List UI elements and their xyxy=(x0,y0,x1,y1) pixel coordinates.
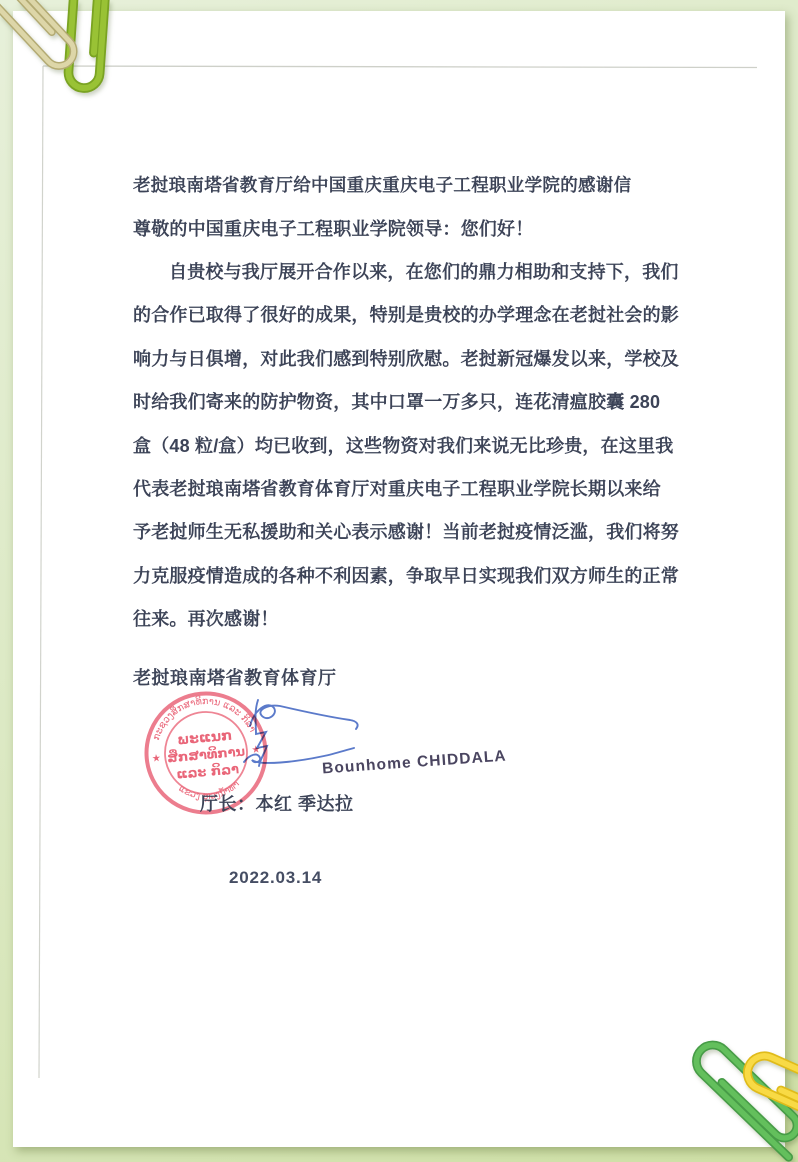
paperclips-decoration xyxy=(0,0,798,1162)
photo-background: ກະຊວງສຶກສາທິການ ແລະ ກິລາ ແຂວງ ຫຼວງນໍ້າທາ… xyxy=(0,0,798,1162)
paperclip-top-left-khaki-icon xyxy=(0,0,80,72)
